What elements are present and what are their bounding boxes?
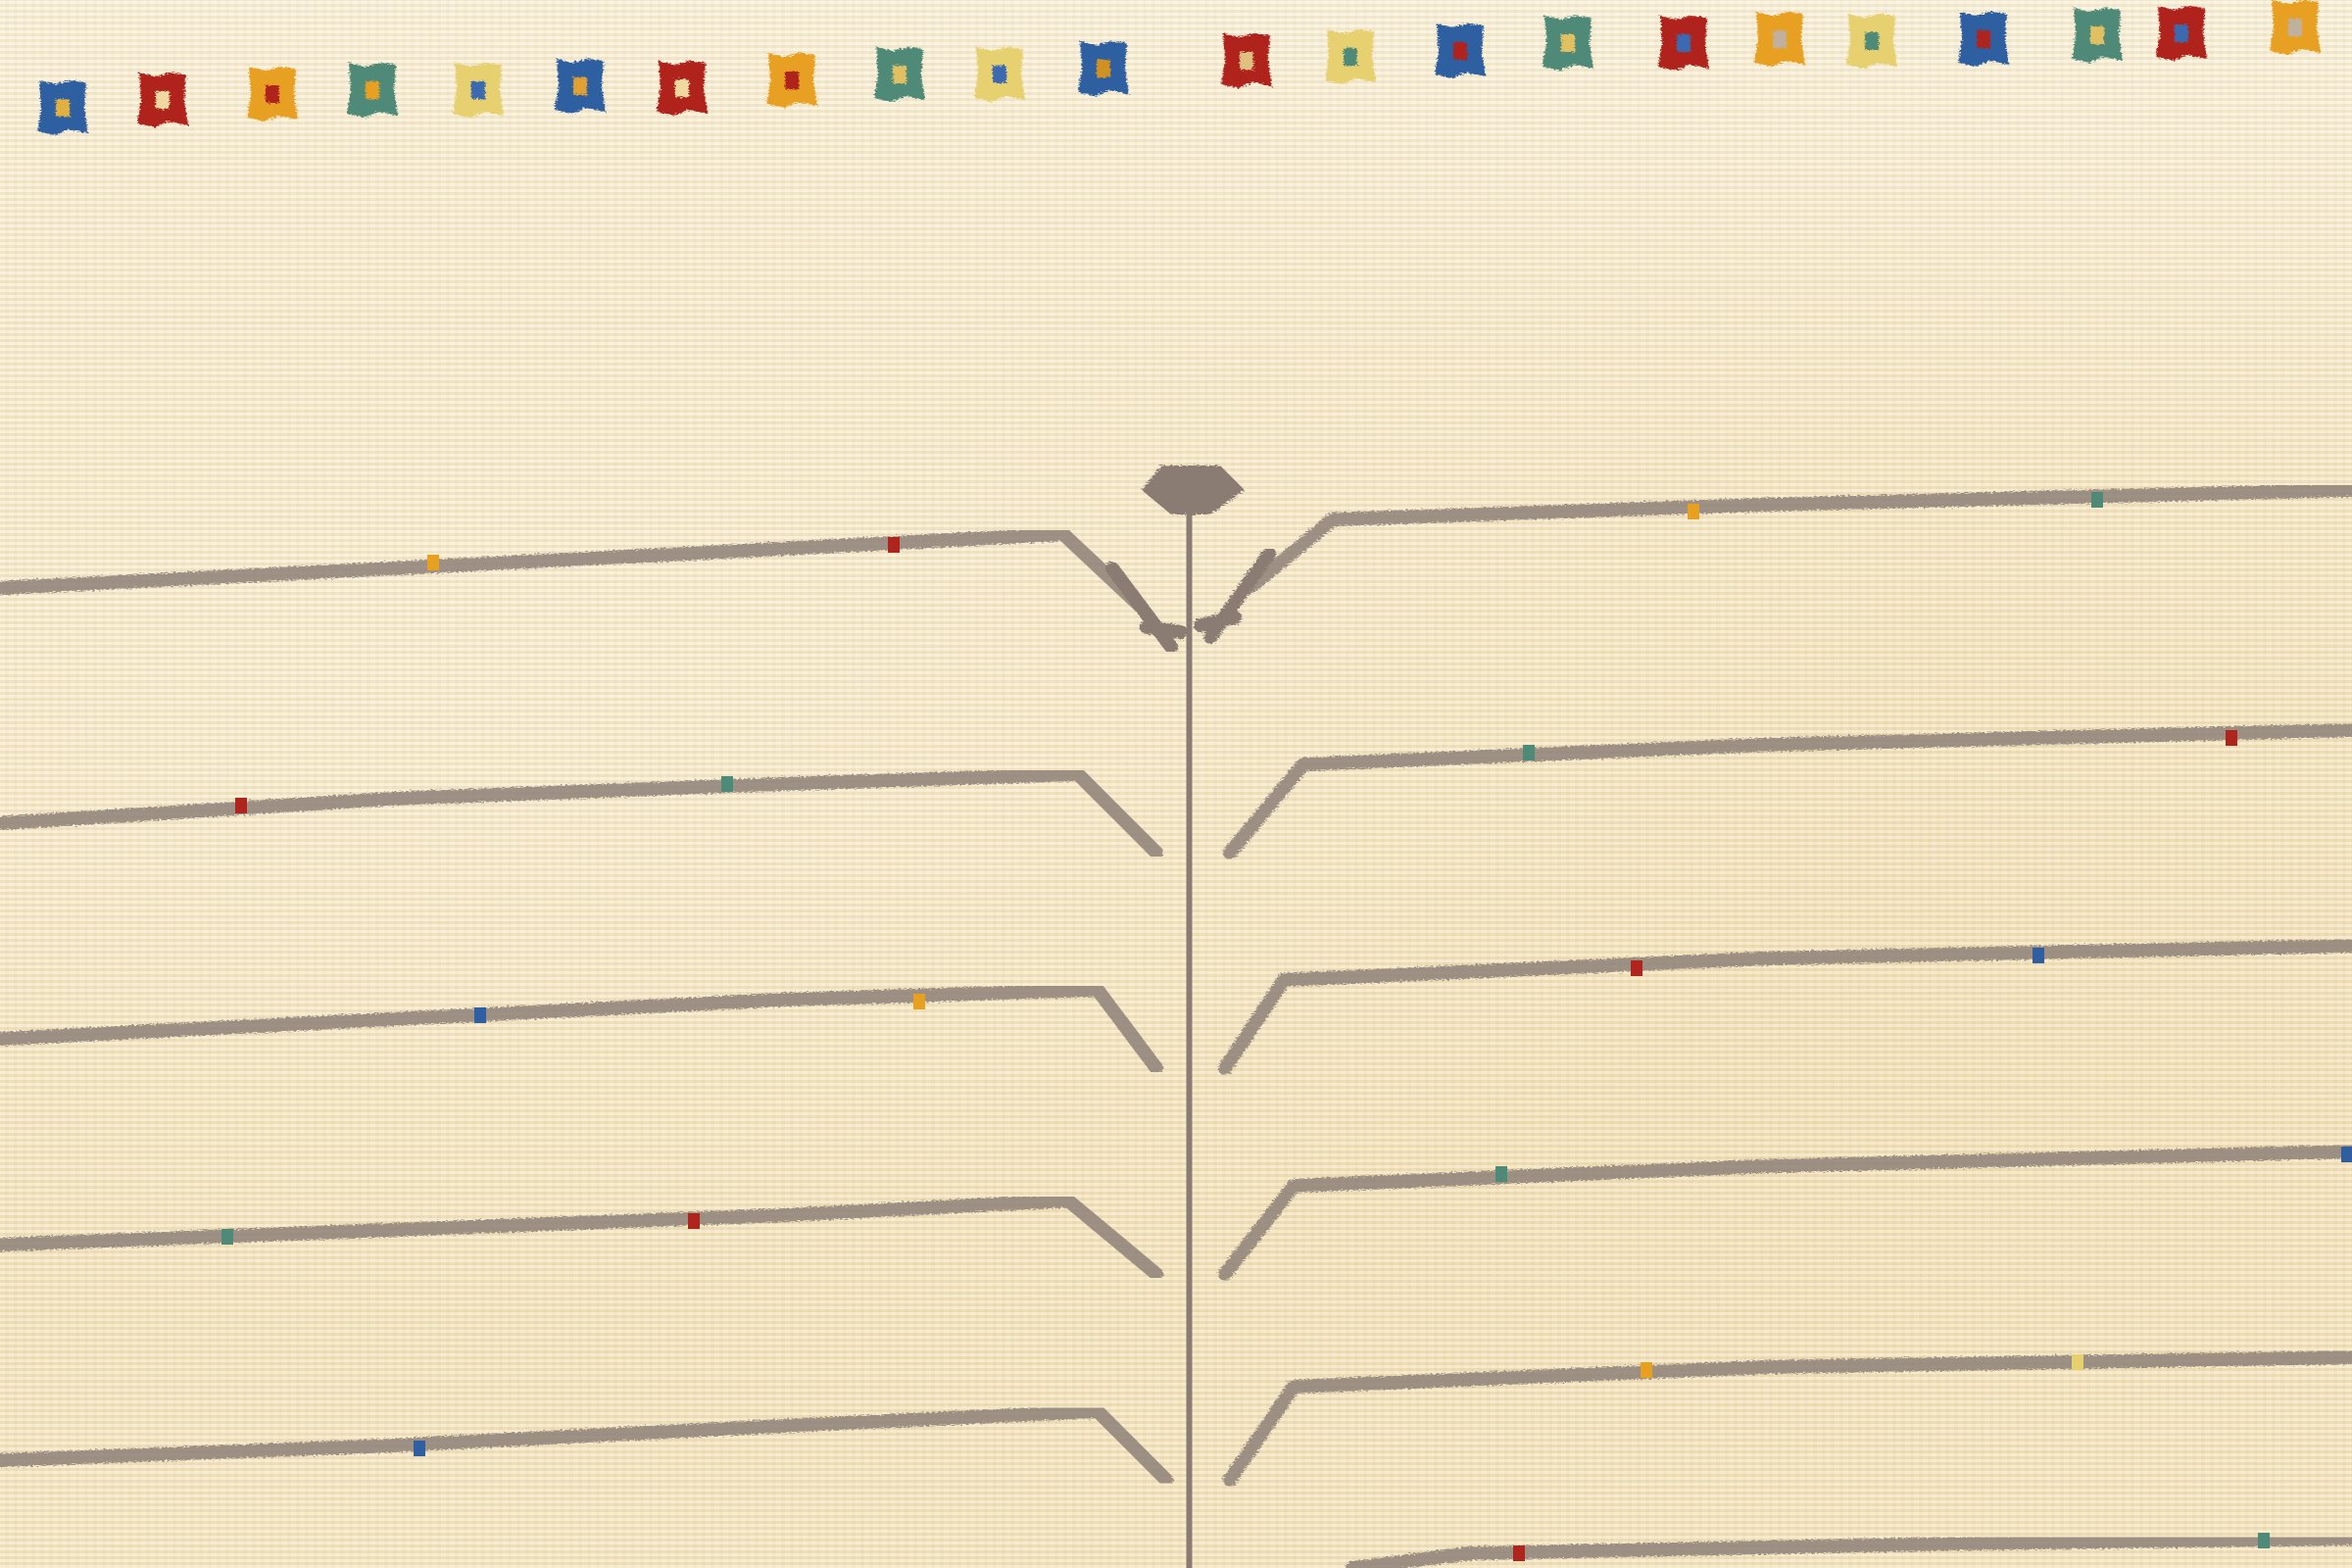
branch-line-left xyxy=(0,990,1156,1068)
square-motif xyxy=(1221,33,1272,88)
branch-line-right xyxy=(1225,946,2352,1068)
square-motif xyxy=(1754,12,1805,67)
square-motif xyxy=(766,53,817,108)
branch-line-right xyxy=(1249,490,2352,588)
knot-accent xyxy=(721,776,733,792)
knot-accent xyxy=(913,994,925,1009)
square-motif xyxy=(347,63,398,118)
square-motif xyxy=(247,67,298,122)
knot-accent xyxy=(474,1007,486,1023)
knot-accent xyxy=(2091,492,2103,508)
knot-accent xyxy=(2072,1354,2083,1370)
square-motif xyxy=(1958,12,2009,67)
square-motif xyxy=(2072,8,2123,63)
square-motif xyxy=(1658,16,1709,71)
square-motif xyxy=(2270,0,2321,55)
square-motif xyxy=(1435,24,1486,78)
knot-accent xyxy=(2341,1147,2352,1162)
knot-accent xyxy=(1641,1362,1652,1378)
knot-accent xyxy=(1523,745,1535,760)
knot-accent xyxy=(2033,948,2044,963)
square-motif xyxy=(974,47,1025,102)
square-motif xyxy=(1543,16,1593,71)
knot-accent xyxy=(688,1213,700,1229)
square-motif xyxy=(874,47,925,102)
knot-accent xyxy=(1513,1545,1525,1561)
square-motif xyxy=(1846,14,1897,69)
branch-line-right xyxy=(1230,1357,2352,1480)
rug-pattern xyxy=(0,0,2352,1568)
square-motif xyxy=(1078,41,1129,96)
motif-row xyxy=(37,0,2321,135)
square-motif xyxy=(555,59,606,114)
knot-accent xyxy=(221,1229,233,1245)
trunk xyxy=(1187,519,1192,1568)
knot-accent xyxy=(414,1441,425,1456)
branch-line-left xyxy=(0,534,1142,608)
branch-line-right xyxy=(1352,1539,2352,1568)
knot-accent xyxy=(1688,504,1699,519)
knot-accent xyxy=(2258,1533,2270,1548)
knot-accent xyxy=(1495,1166,1507,1182)
knot-accent xyxy=(427,555,439,570)
tree-crown xyxy=(1142,465,1245,514)
branch-line-left xyxy=(0,774,1156,853)
branch-line-right xyxy=(1225,1151,2352,1274)
knot-accent xyxy=(235,798,247,813)
square-motif xyxy=(137,73,188,127)
branch-line-left xyxy=(0,1200,1156,1274)
branch-line-left xyxy=(0,1411,1166,1480)
square-motif xyxy=(37,80,88,135)
rug-photo xyxy=(0,0,2352,1568)
knot-accent xyxy=(2226,730,2237,746)
square-motif xyxy=(453,63,504,118)
knot-accent xyxy=(1631,960,1642,976)
square-motif xyxy=(1325,29,1376,84)
square-motif xyxy=(2156,6,2207,61)
knot-accent xyxy=(888,537,900,553)
tree-trunk xyxy=(1112,465,1269,1568)
square-motif xyxy=(657,61,708,116)
branch-line-right xyxy=(1230,730,2352,853)
